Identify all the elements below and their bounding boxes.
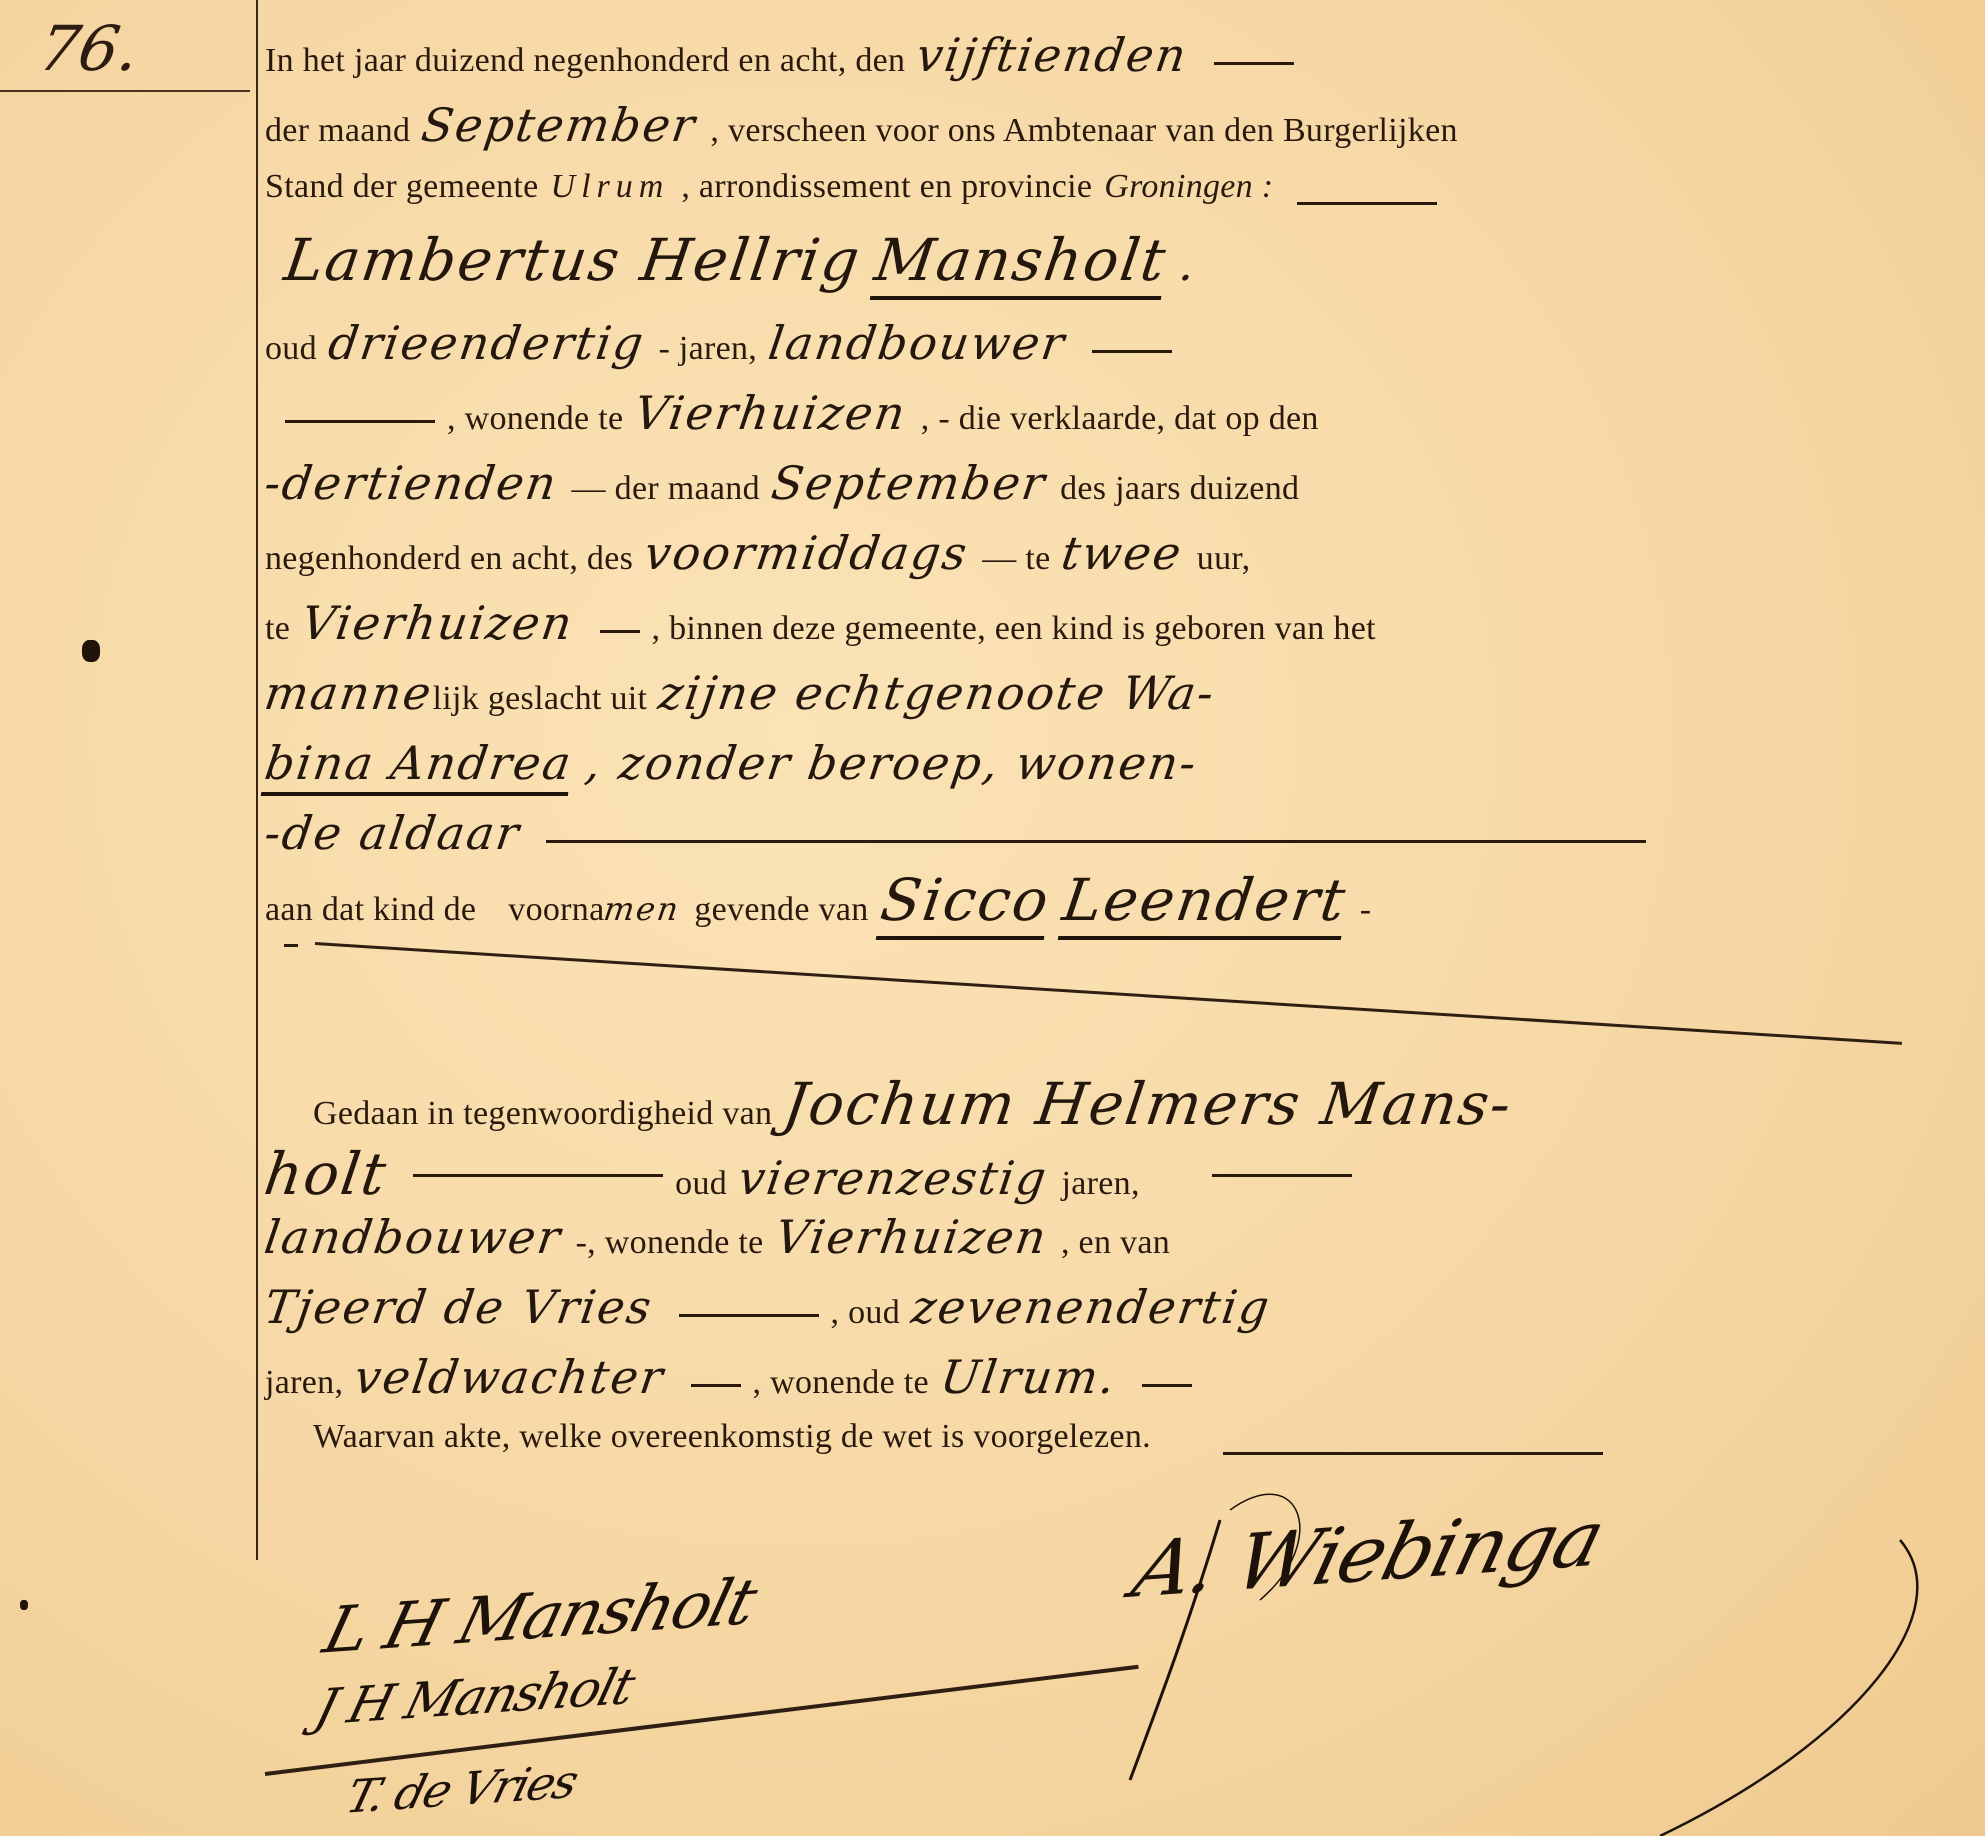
text-line-15: holt oud vierenzestig jaren, [265, 1140, 1890, 1210]
handwritten-suffix: men [602, 890, 683, 928]
handwritten-child-second-name: Leendert [1058, 866, 1351, 940]
handwritten-witness2-residence: Ulrum. [937, 1350, 1120, 1404]
printed-text: , wonende te [447, 400, 623, 438]
signature-declarant: L H Mansholt [316, 1565, 762, 1668]
cancel-stroke [315, 942, 1902, 1045]
municipality: Ulrum [551, 168, 670, 206]
printed-text: , - die verklaarde, dat op den [921, 400, 1319, 438]
handwritten-age: drieendertig [325, 316, 648, 370]
printed-text: In het jaar duizend negenhonderd en acht… [265, 42, 905, 80]
printed-text: - jaren, [658, 330, 757, 368]
printed-text: , arrondissement en provincie [681, 168, 1092, 206]
handwritten-witness1-residence: Vierhuizen [772, 1210, 1051, 1264]
printed-text: voorna [508, 891, 604, 929]
text-line-7: -dertienden — der maand September des ja… [265, 456, 1890, 526]
handwritten-child-first-name: Sicco [875, 866, 1054, 940]
handwritten-day: vijftienden [914, 28, 1192, 82]
registrar-flourish [1100, 1480, 1960, 1836]
printed-text: negenhonderd en acht, des [265, 540, 633, 578]
printed-text: — te [982, 540, 1050, 578]
handwritten-mother-intro: zijne echtgenoote Wa- [655, 666, 1219, 720]
handwritten-witness1-name-end: holt [260, 1140, 392, 1208]
printed-text: , wonende te [753, 1364, 929, 1402]
text-line-10: manne lijk geslacht uit zijne echtgenoot… [265, 666, 1890, 736]
text-line-5: oud drieendertig - jaren, landbouwer [265, 316, 1890, 386]
printed-text: , binnen deze gemeente, een kind is gebo… [652, 610, 1376, 648]
printed-text: des jaars duizend [1060, 470, 1299, 508]
fill-dash [679, 1314, 819, 1317]
handwritten-birth-month: September [768, 456, 1050, 510]
text-line-1: In het jaar duizend negenhonderd en acht… [265, 28, 1890, 98]
ink-blot [82, 640, 100, 662]
handwritten-mother-details: , zonder beroep, wonen- [582, 736, 1201, 790]
entry-number: 76. [34, 12, 145, 85]
margin-rule [256, 0, 258, 1560]
birth-record-page: 76. In het jaar duizend negenhonderd en … [0, 0, 1985, 1836]
handwritten-birth-place: Vierhuizen [298, 596, 577, 650]
handwritten-witness1-age: vierenzestig [735, 1151, 1051, 1205]
text-line-6: , wonende te Vierhuizen , - die verklaar… [265, 386, 1890, 456]
handwritten-time-of-day: voormiddags [641, 526, 972, 580]
handwritten-birth-day: -dertienden [261, 456, 561, 510]
printed-text: te [265, 610, 290, 648]
fill-dash [1214, 62, 1294, 65]
handwritten-occupation: landbouwer [765, 316, 1069, 370]
text-line-9: te Vierhuizen , binnen deze gemeente, ee… [265, 596, 1890, 666]
handwritten-mother-residence: -de aldaar [261, 806, 524, 860]
signature-witness1: J H Mansholt [310, 1657, 640, 1736]
handwritten-month: September [418, 98, 700, 152]
printed-text: -, wonende te [576, 1224, 764, 1262]
printed-text: der maand [265, 112, 410, 150]
text-line-16: landbouwer -, wonende te Vierhuizen , en… [265, 1210, 1890, 1280]
handwritten-hour: twee [1059, 526, 1187, 580]
printed-text: jaren, [265, 1364, 343, 1402]
printed-text: aan dat kind de [265, 891, 476, 929]
printed-text: Stand der gemeente [265, 168, 539, 206]
text-line-19: Waarvan akte, welke overeenkomstig de we… [265, 1418, 1890, 1488]
handwritten-witness2-name: Tjeerd de Vries [261, 1280, 656, 1334]
signature-witness2: T. de Vries [341, 1754, 582, 1823]
printed-text: oud [265, 330, 317, 368]
printed-text: uur, [1197, 540, 1251, 578]
fill-dash [691, 1384, 741, 1387]
fill-dash [284, 944, 298, 947]
printed-text: gevende van [694, 891, 868, 929]
printed-text: jaren, [1062, 1165, 1140, 1203]
handwritten-period: . [1176, 237, 1200, 291]
printed-text: - [1360, 891, 1372, 929]
printed-text: — der maand [572, 470, 760, 508]
handwritten-sex: manne [261, 666, 436, 720]
text-line-17: Tjeerd de Vries , oud zevenendertig [265, 1280, 1890, 1350]
printed-text: oud [675, 1165, 727, 1203]
text-line-18: jaren, veldwachter , wonende te Ulrum. [265, 1350, 1890, 1420]
handwritten-witness1-name: Jochum Helmers Mans- [780, 1070, 1518, 1138]
handwritten-witness2-age: zevenendertig [908, 1280, 1274, 1334]
handwritten-declarant-name: Lambertus Hellrig [280, 226, 865, 294]
printed-text: , oud [831, 1294, 901, 1332]
printed-text: Waarvan akte, welke overeenkomstig de we… [313, 1418, 1151, 1456]
text-line-11: bina Andrea , zonder beroep, wonen- [265, 736, 1890, 806]
fill-dash [600, 630, 640, 633]
fill-dash [1092, 350, 1172, 353]
entry-number-rule [0, 90, 250, 92]
printed-text: , verscheen voor ons Ambtenaar van den B… [710, 112, 1457, 150]
printed-text: Gedaan in tegenwoordigheid van [313, 1095, 772, 1133]
fill-dash [1223, 1452, 1603, 1455]
text-line-4: Lambertus Hellrig Mansholt . [265, 226, 1890, 316]
fill-dash [285, 420, 435, 423]
ink-blot [20, 1600, 28, 1610]
handwritten-declarant-surname: Mansholt [869, 226, 1171, 300]
fill-dash [1297, 202, 1437, 205]
handwritten-witness1-occupation: landbouwer [261, 1210, 565, 1264]
fill-dash [1142, 1384, 1192, 1387]
province: Groningen : [1104, 168, 1273, 206]
fill-dash [1212, 1174, 1352, 1177]
text-line-2: der maand September , verscheen voor ons… [265, 98, 1890, 168]
printed-text: , en van [1061, 1224, 1170, 1262]
text-line-14: Gedaan in tegenwoordigheid van Jochum He… [265, 1070, 1890, 1140]
handwritten-mother-name: bina Andrea [261, 736, 576, 796]
text-line-8: negenhonderd en acht, des voormiddags — … [265, 526, 1890, 596]
printed-text: lijk geslacht uit [433, 680, 648, 718]
fill-dash [546, 840, 1646, 843]
handwritten-witness2-occupation: veldwachter [351, 1350, 668, 1404]
text-line-13: aan dat kind de voorna men gevende van S… [265, 866, 1890, 936]
fill-dash [413, 1174, 663, 1177]
handwritten-residence: Vierhuizen [632, 386, 911, 440]
